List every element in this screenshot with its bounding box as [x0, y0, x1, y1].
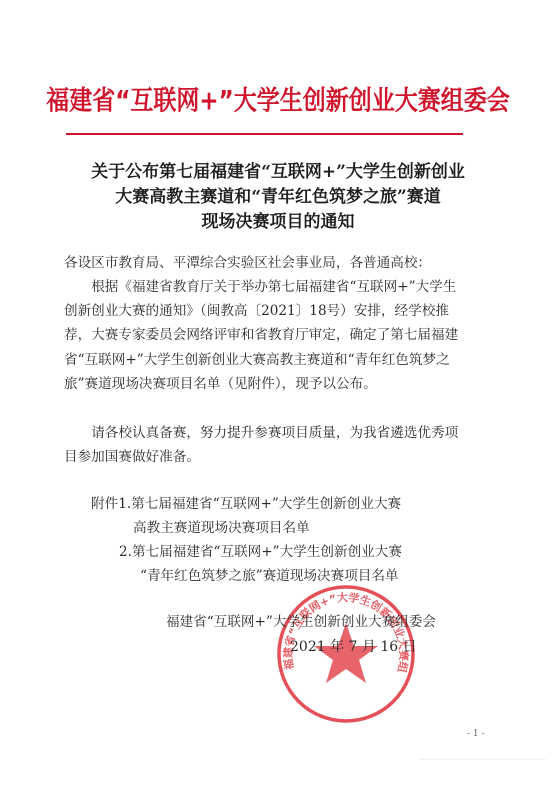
body-paragraph: 根据《福建省教育厅关于举办第七届福建省“互联网+”大学生创新创业大赛的通知》（闽… — [64, 275, 464, 396]
title-line: 大赛高教主赛道和“青年红色筑梦之旅”赛道 — [0, 185, 556, 210]
document-title: 关于公布第七届福建省“互联网+”大学生创新创业 大赛高教主赛道和“青年红色筑梦之… — [0, 160, 556, 235]
attachment-item: 附件1.第七届福建省“互联网+”大学生创新创业大赛 — [91, 492, 401, 516]
salutation: 各设区市教育局、平潭综合实验区社会事业局，各普通高校： — [64, 251, 464, 275]
issuer-masthead: 福建省“互联网+”大学生创新创业大赛组委会 — [0, 80, 556, 118]
attachment-item: 2.第七届福建省“互联网+”大学生创新创业大赛 — [119, 540, 402, 564]
masthead-divider — [66, 133, 463, 135]
attachment-title-cont: 高教主赛道现场决赛项目名单 — [133, 516, 310, 540]
signature-date: 2021 年 7 月 16 日 — [290, 636, 417, 656]
attachment-title: 1.第七届福建省“互联网+”大学生创新创业大赛 — [118, 496, 401, 512]
body-paragraph: 请各校认真备赛，努力提升参赛项目质量，为我省遴选优秀项目参加国赛做好准备。 — [64, 421, 464, 469]
page-number: - 1 - — [467, 729, 485, 739]
footer-line — [420, 759, 546, 760]
title-line: 现场决赛项目的通知 — [0, 210, 556, 235]
signature-organization: 福建省“互联网+”大学生创新创业大赛组委会 — [166, 610, 436, 630]
title-line: 关于公布第七届福建省“互联网+”大学生创新创业 — [0, 160, 556, 185]
attachment-label: 附件 — [91, 496, 118, 512]
